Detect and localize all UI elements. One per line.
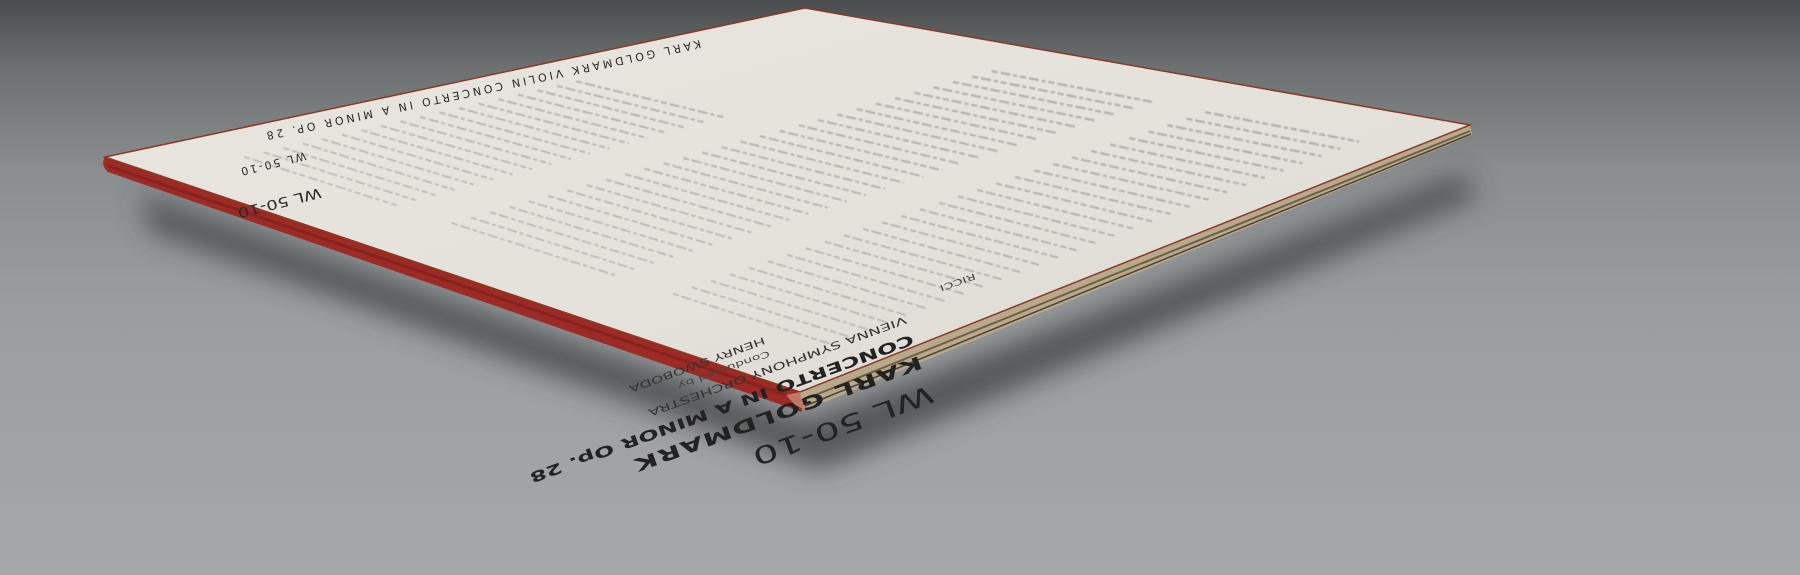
- photo-scene: KARL GOLDMARK VIOLIN CONCERTO IN A MINOR…: [0, 0, 1800, 575]
- album-illustration: KARL GOLDMARK VIOLIN CONCERTO IN A MINOR…: [0, 0, 1800, 575]
